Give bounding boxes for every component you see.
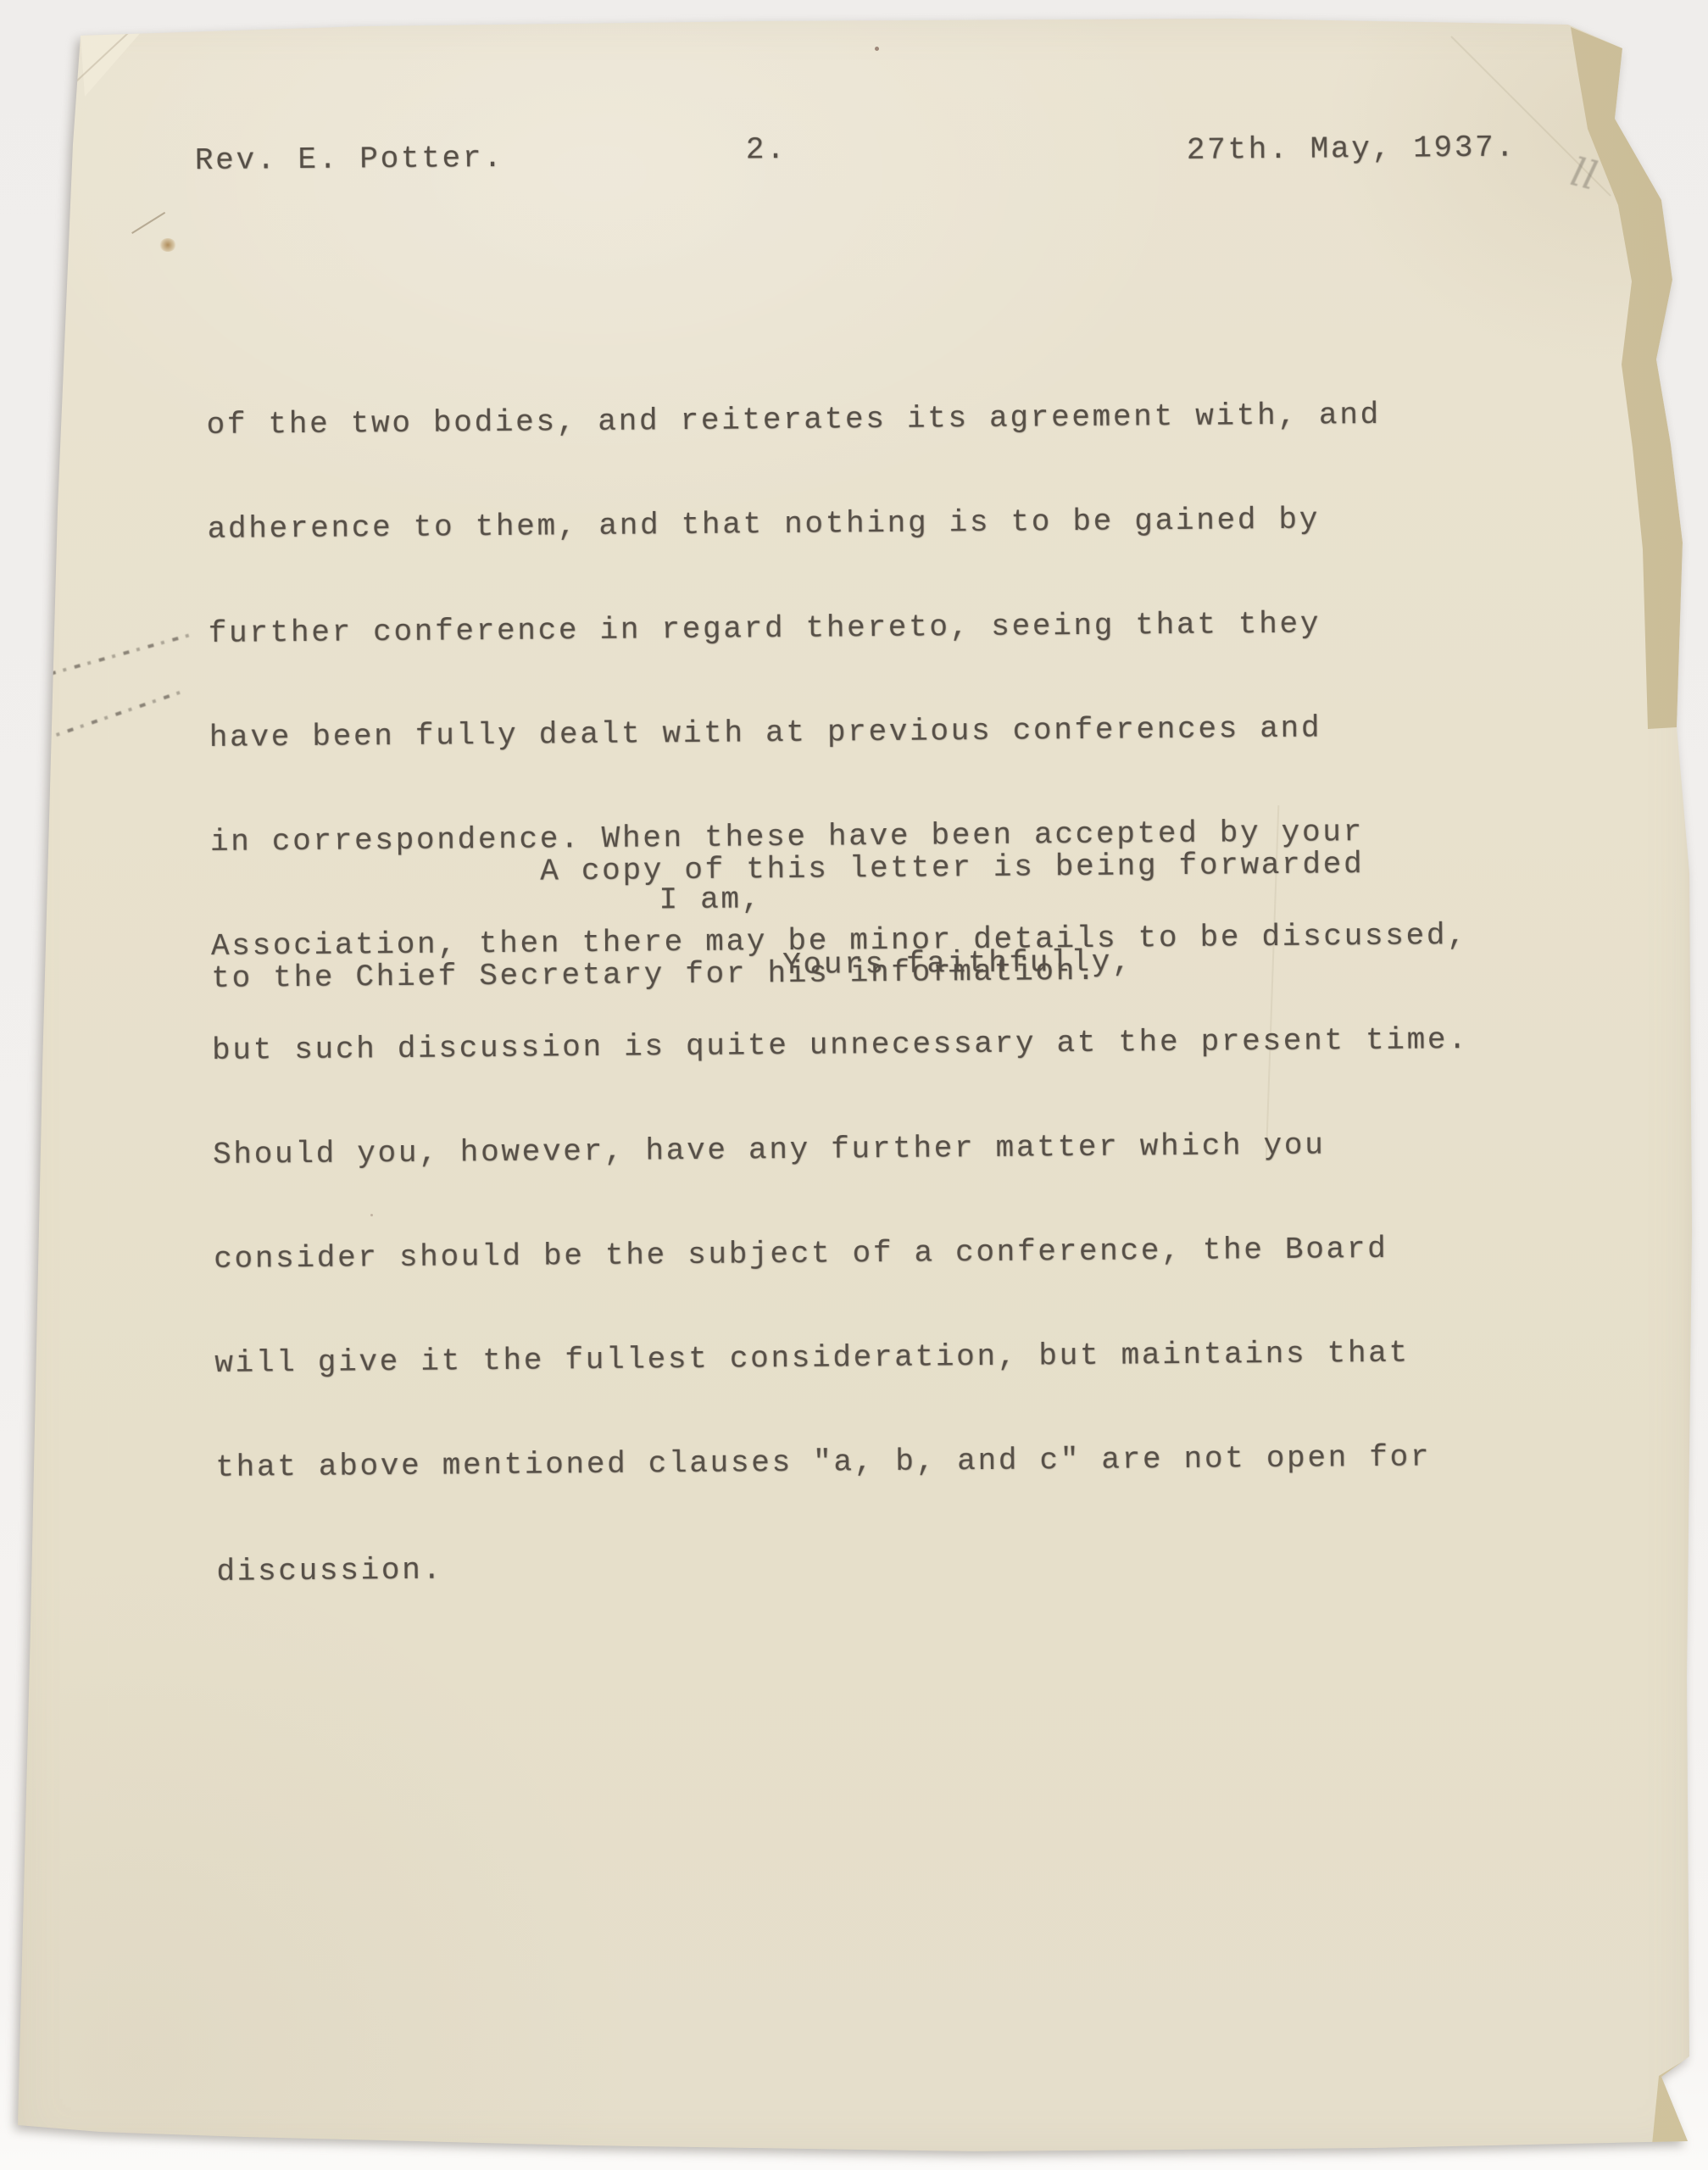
date-line: 27th. May, 1937.	[1187, 131, 1516, 168]
body-line: will give it the fullest consideration, …	[214, 1335, 1472, 1381]
scan-background: ll Rev. E. Potter. 2. 27th. May, 1937. o…	[0, 0, 1708, 2170]
body-line: Should you, however, have any further ma…	[213, 1127, 1470, 1172]
body-line: discussion.	[216, 1544, 1473, 1589]
letter-paragraph-2: A copy of this letter is being forwarded…	[209, 777, 1366, 1066]
closing-line: I am,	[659, 882, 762, 917]
addressee: Rev. E. Potter.	[195, 141, 504, 178]
body-line: that above mentioned clauses "a, b, and …	[215, 1439, 1472, 1485]
valediction: Yours faithfully,	[782, 944, 1133, 982]
body-line: consider should be the subject of a conf…	[214, 1231, 1471, 1277]
body-line: of the two bodies, and reiterates its ag…	[206, 397, 1463, 442]
body-line: adherence to them, and that nothing is t…	[208, 501, 1465, 547]
body-line: have been fully dealt with at previous c…	[209, 709, 1466, 755]
typewritten-text-layer: Rev. E. Potter. 2. 27th. May, 1937. of t…	[0, 0, 1708, 2170]
page-number: 2.	[746, 132, 787, 167]
paper-sheet: ll Rev. E. Potter. 2. 27th. May, 1937. o…	[0, 0, 1708, 2170]
body-line: further conference in regard thereto, se…	[209, 605, 1466, 651]
letter-page-wrap: ll Rev. E. Potter. 2. 27th. May, 1937. o…	[0, 0, 1708, 2170]
